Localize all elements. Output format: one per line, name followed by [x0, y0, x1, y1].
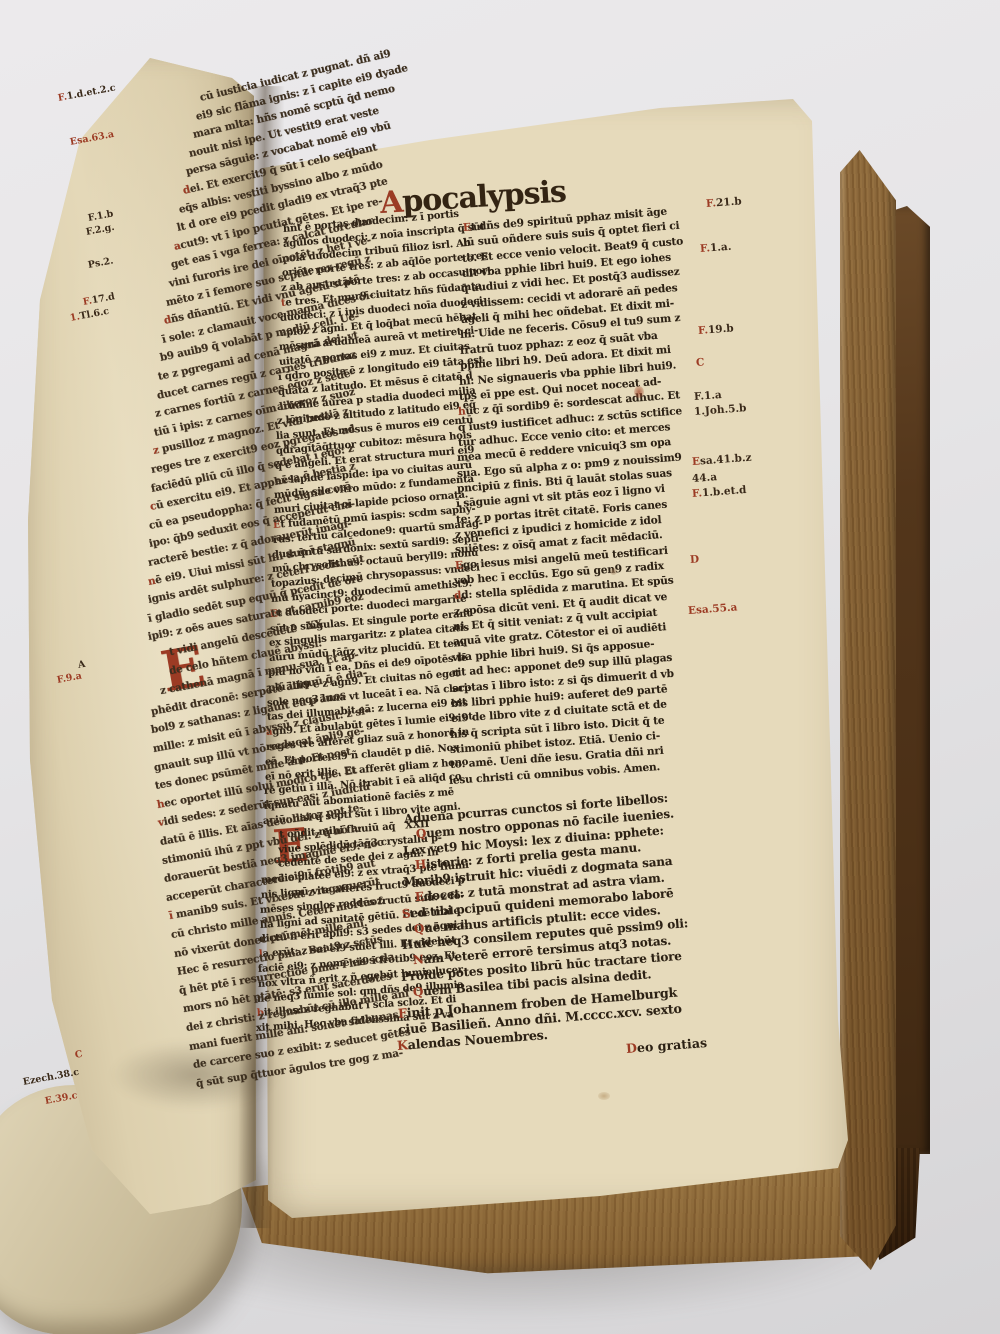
- margin-reference: F.21.b: [706, 195, 742, 210]
- margin-reference: F.1.d.et.2.c: [57, 82, 116, 103]
- stain: [598, 1092, 610, 1100]
- margin-reference: F.1.a.: [700, 241, 732, 255]
- outer-column: Et dñs de9 spirituū pphaz misit āgelū su…: [463, 222, 713, 802]
- stain: [610, 568, 617, 575]
- margin-reference: Esa.55.a: [688, 601, 738, 617]
- left-page-column: E cū iusticia iudicat z pugnat. dñ ai9ei…: [148, 92, 378, 1102]
- fore-edge: [840, 150, 896, 1270]
- margin-references: F.21.bF.1.a.F.19.bCF.1.a1.Joh.5.bEsa.41.…: [697, 197, 807, 627]
- colophon-block: Deo gratias Finit p Johannem froben de H…: [398, 1006, 788, 1086]
- margin-reference: D: [690, 553, 700, 566]
- margin-reference: C: [74, 1049, 83, 1061]
- margin-reference: C: [696, 356, 705, 369]
- stain: [634, 386, 644, 398]
- margin-reference: 44.a: [692, 471, 718, 485]
- deo-gratias: Deo gratias: [625, 1035, 707, 1056]
- margin-reference: 1.Tl.6.c: [69, 306, 110, 324]
- margin-reference: F.9.a: [56, 671, 83, 686]
- margin-reference: F.1.b.et.d: [692, 484, 747, 500]
- margin-reference: E.39.c: [44, 1090, 78, 1107]
- margin-reference: F.1.a: [694, 389, 723, 403]
- margin-reference: F.19.b: [698, 322, 734, 337]
- photo-background: Apocalypsis E hñt ē portas duodecim: z ī…: [0, 0, 1000, 1334]
- margin-reference: Ezech.38.c: [22, 1067, 80, 1088]
- margin-reference: A: [77, 659, 86, 671]
- stain: [110, 1040, 280, 1110]
- margin-reference: Esa.63.a: [69, 129, 115, 148]
- margin-reference: 1.Joh.5.b: [694, 402, 747, 418]
- margin-references: F.1.d.et.2.cEsa.63.aF.1.bF.2.g.Ps.2.F.17…: [28, 92, 158, 1112]
- margin-reference: F.2.g.: [85, 222, 115, 238]
- margin-reference: Ps.2.: [87, 255, 114, 271]
- margin-reference: F.17.d: [82, 291, 116, 308]
- margin-reference: Esa.41.b.z: [692, 452, 752, 468]
- poem-block: Aduena pcurras cunctos si forte libellos…: [404, 812, 794, 1002]
